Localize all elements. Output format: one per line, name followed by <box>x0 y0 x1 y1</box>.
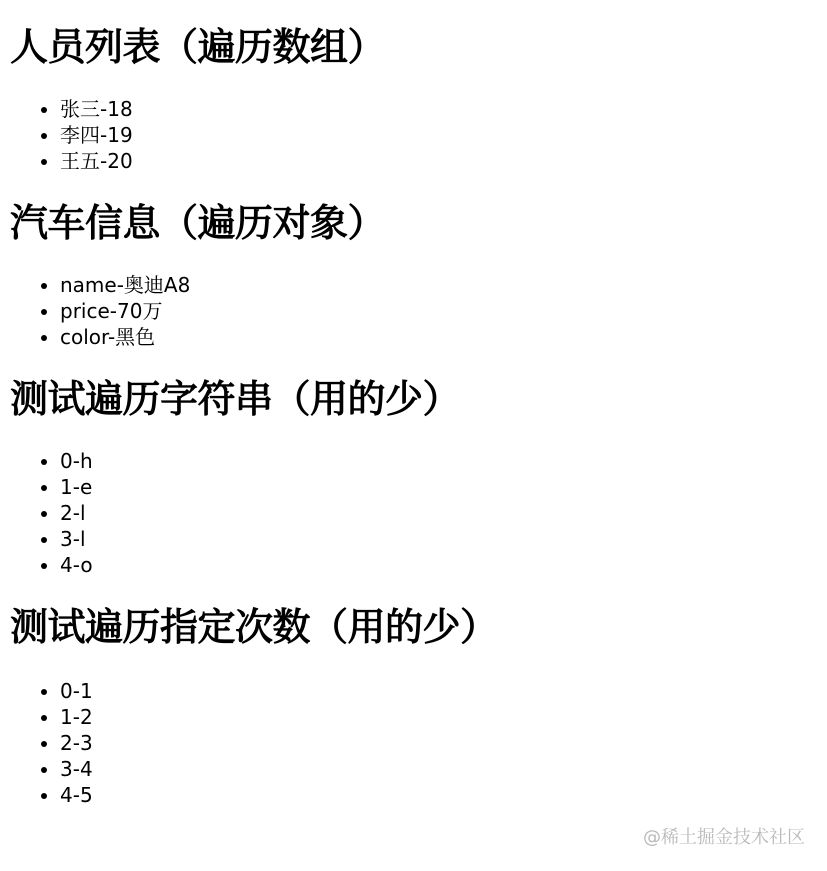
list-item: 3-l <box>60 526 827 552</box>
list-item: 0-1 <box>60 678 827 704</box>
string-iteration-list: 0-h 1-e 2-l 3-l 4-o <box>10 448 827 578</box>
list-item: 0-h <box>60 448 827 474</box>
list-item: 1-2 <box>60 704 827 730</box>
section-car-info: 汽车信息（遍历对象） name-奥迪A8 price-70万 color-黑色 <box>10 200 827 350</box>
car-info-list: name-奥迪A8 price-70万 color-黑色 <box>10 272 827 350</box>
list-item: color-黑色 <box>60 324 827 350</box>
list-item: 4-o <box>60 552 827 578</box>
page: 人员列表（遍历数组） 张三-18 李四-19 王五-20 汽车信息（遍历对象） … <box>0 0 827 808</box>
list-item: 2-l <box>60 500 827 526</box>
section-count-iteration: 测试遍历指定次数（用的少） 0-1 1-2 2-3 3-4 4-5 <box>10 604 827 808</box>
heading-car-info: 汽车信息（遍历对象） <box>10 200 827 246</box>
list-item: 1-e <box>60 474 827 500</box>
person-list: 张三-18 李四-19 王五-20 <box>10 96 827 174</box>
list-item: 王五-20 <box>60 148 827 174</box>
list-item: name-奥迪A8 <box>60 272 827 298</box>
list-item: 李四-19 <box>60 122 827 148</box>
heading-count-iteration: 测试遍历指定次数（用的少） <box>10 604 827 650</box>
list-item: price-70万 <box>60 298 827 324</box>
list-item: 4-5 <box>60 782 827 808</box>
watermark: @稀土掘金技术社区 <box>643 823 805 849</box>
list-item: 张三-18 <box>60 96 827 122</box>
count-iteration-list: 0-1 1-2 2-3 3-4 4-5 <box>10 678 827 808</box>
section-string-iteration: 测试遍历字符串（用的少） 0-h 1-e 2-l 3-l 4-o <box>10 376 827 578</box>
list-item: 3-4 <box>60 756 827 782</box>
section-person-list: 人员列表（遍历数组） 张三-18 李四-19 王五-20 <box>10 0 827 174</box>
heading-person-list: 人员列表（遍历数组） <box>10 0 827 70</box>
heading-string-iteration: 测试遍历字符串（用的少） <box>10 376 827 422</box>
list-item: 2-3 <box>60 730 827 756</box>
